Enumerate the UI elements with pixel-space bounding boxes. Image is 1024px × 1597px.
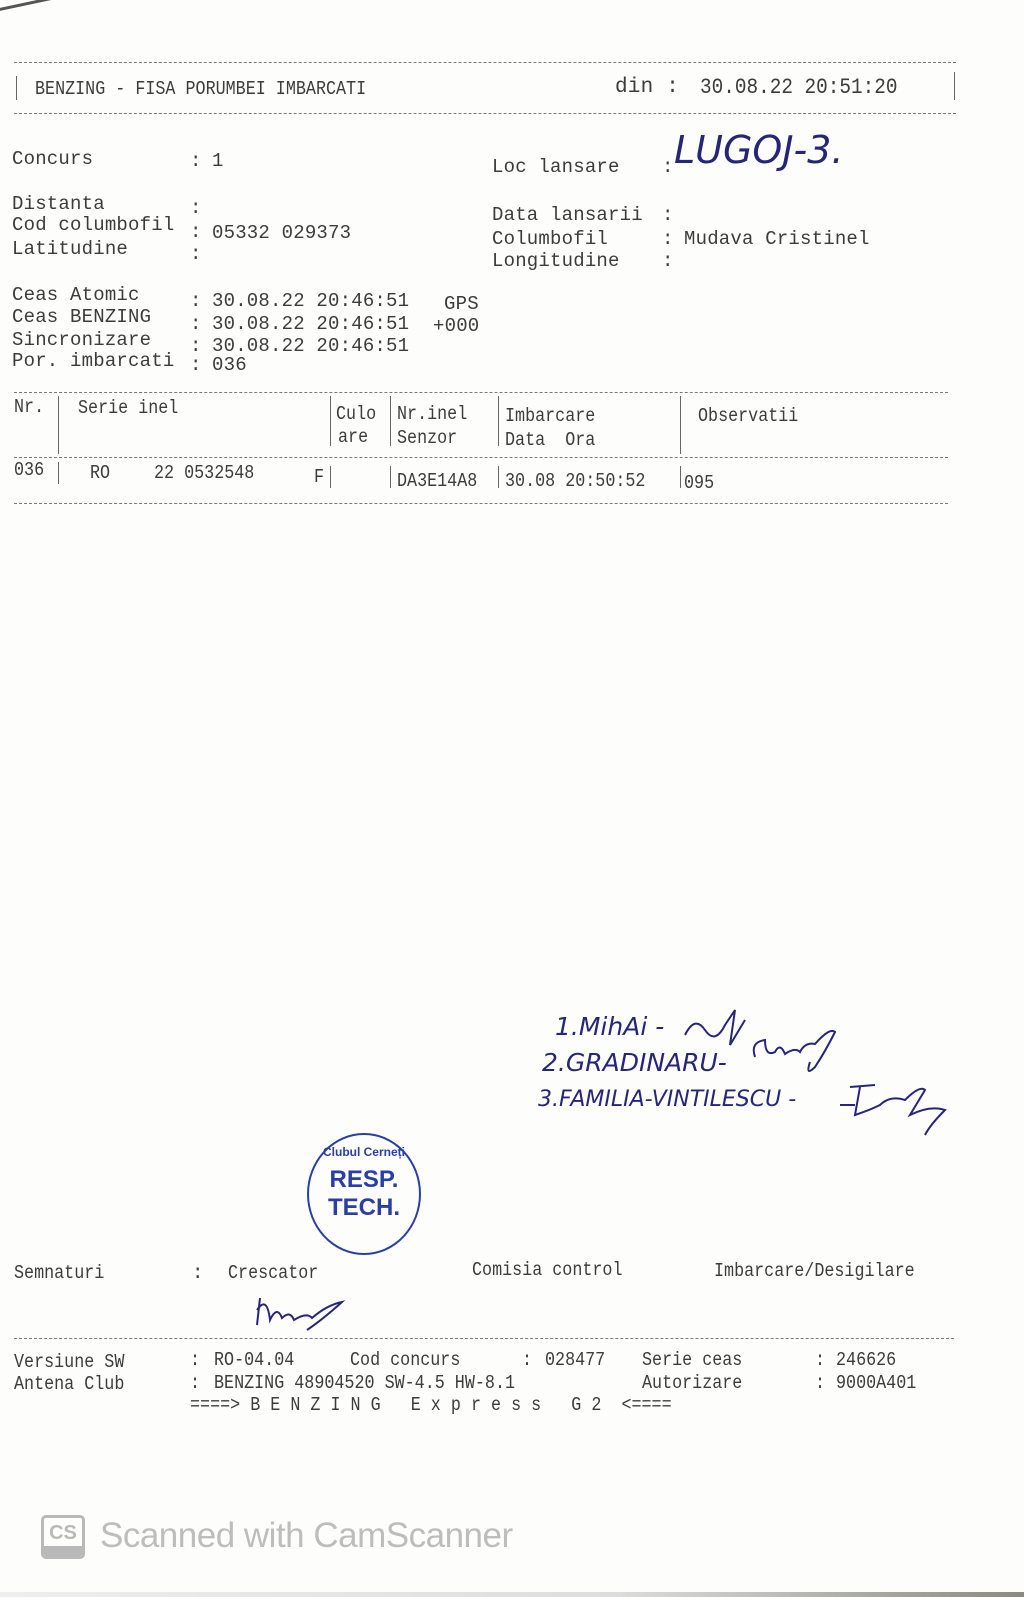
cod-concurs-label: Cod concurs <box>350 1349 460 1371</box>
versiune-sw-value: RO-04.04 <box>214 1349 294 1371</box>
field-label-concurs: Concurs <box>12 148 93 170</box>
cell-nr: 036 <box>14 459 44 481</box>
antena-club-label: Antena Club <box>14 1373 124 1395</box>
autorizare-value: 9000A401 <box>836 1372 916 1394</box>
col-header-imbarcare-line1: Imbarcare <box>505 405 595 427</box>
report-date-value: 30.08.22 20:51:20 <box>700 75 898 100</box>
benzing-express-banner: ====> B E N Z I N G E x p r e s s G 2 <=… <box>190 1394 672 1416</box>
field-value-columbofil: Mudava Cristinel <box>684 228 870 250</box>
signatures-label: Semnaturi <box>14 1262 104 1284</box>
field-value-concurs: 1 <box>212 150 224 172</box>
table-top-rule <box>14 392 948 393</box>
cell-ring: 22 0532548 <box>154 462 254 484</box>
cell-observatii: 095 <box>684 472 714 494</box>
field-value-loc-lansare: LUGOJ-3. <box>674 128 844 172</box>
camscanner-watermark: Scanned with CamScanner <box>100 1516 513 1556</box>
field-label-cod-columbofil: Cod columbofil <box>12 214 174 236</box>
col-header-imbarcare-line2: Data Ora <box>505 429 595 451</box>
stamp-line-2: TECH. <box>309 1195 419 1221</box>
paper-edge <box>0 0 127 13</box>
clock-label-por-imbarcati: Por. imbarcati <box>12 350 174 372</box>
field-label-data-lansarii: Data lansarii <box>492 204 643 226</box>
handwritten-line-1: 1.MihAi - <box>555 1012 664 1041</box>
field-value-cod-columbofil: 05332 029373 <box>212 222 351 244</box>
cell-country: RO <box>90 462 110 484</box>
cell-imbarcare: 30.08 20:50:52 <box>505 470 645 492</box>
clock-label-sincronizare: Sincronizare <box>12 329 151 351</box>
field-label-longitudine: Longitudine <box>492 250 620 272</box>
col-header-serie-inel: Serie inel <box>78 397 178 419</box>
col-header-culoare-line2: are <box>338 426 368 448</box>
paper-bottom-edge <box>0 1592 1024 1597</box>
header-left-border <box>16 76 17 100</box>
col-header-nr-inel-line2: Senzor <box>397 427 457 449</box>
camscanner-logo-icon: CS <box>41 1515 85 1559</box>
cod-concurs-value: 028477 <box>545 1349 605 1371</box>
table-header-rule <box>14 457 948 458</box>
field-label-distanta: Distanta <box>12 193 105 215</box>
versiune-sw-label: Versiune SW <box>14 1351 124 1373</box>
serie-ceas-value: 246626 <box>836 1349 896 1371</box>
col-header-nr-inel-line1: Nr.inel <box>397 403 467 425</box>
field-label-latitudine: Latitudine <box>12 238 128 260</box>
signature-crescator-label: Crescator <box>228 1262 318 1284</box>
table-bottom-rule <box>14 503 948 504</box>
autorizare-label: Autorizare <box>642 1372 742 1394</box>
col-header-observatii: Observatii <box>698 405 798 427</box>
cell-sex: F <box>314 466 324 488</box>
clock-suffix-benzing: +000 <box>433 315 479 337</box>
cell-senzor: DA3E14A8 <box>397 470 477 492</box>
stamp-ring-text: Clubul Cerneți <box>309 1145 419 1159</box>
field-label-columbofil: Columbofil <box>492 228 608 250</box>
clock-suffix-atomic: GPS <box>444 293 479 315</box>
crescator-signature-icon <box>252 1290 352 1335</box>
club-stamp: Clubul Cerneți RESP. TECH. <box>307 1133 421 1255</box>
clock-value-por-imbarcati: 036 <box>212 354 247 376</box>
signature-2-icon <box>745 1022 845 1077</box>
signature-imbarcare-label: Imbarcare/Desigilare <box>714 1260 915 1282</box>
col-header-culoare-line1: Culo <box>336 403 376 425</box>
handwritten-line-3: 3.FAMILIA-VINTILESCU - <box>538 1087 796 1112</box>
clock-label-benzing: Ceas BENZING <box>12 306 151 328</box>
header-bottom-rule <box>14 113 956 114</box>
report-date-label: din : <box>615 76 679 99</box>
antena-club-value: BENZING 48904520 SW-4.5 HW-8.1 <box>214 1372 515 1394</box>
header-right-border <box>954 72 955 100</box>
clock-value-benzing: 30.08.22 20:46:51 <box>212 313 409 335</box>
header-top-rule <box>14 62 956 63</box>
signature-3-icon <box>830 1075 960 1145</box>
report-title: BENZING - FISA PORUMBEI IMBARCATI <box>35 78 366 100</box>
serie-ceas-label: Serie ceas <box>642 1349 742 1371</box>
col-header-nr: Nr. <box>14 396 44 418</box>
stamp-line-1: RESP. <box>309 1167 419 1193</box>
footer-rule <box>14 1338 954 1339</box>
field-label-loc-lansare: Loc lansare <box>492 156 620 178</box>
clock-value-atomic: 30.08.22 20:46:51 <box>212 290 409 312</box>
clock-label-atomic: Ceas Atomic <box>12 284 140 306</box>
signature-comisia-label: Comisia control <box>472 1259 623 1281</box>
